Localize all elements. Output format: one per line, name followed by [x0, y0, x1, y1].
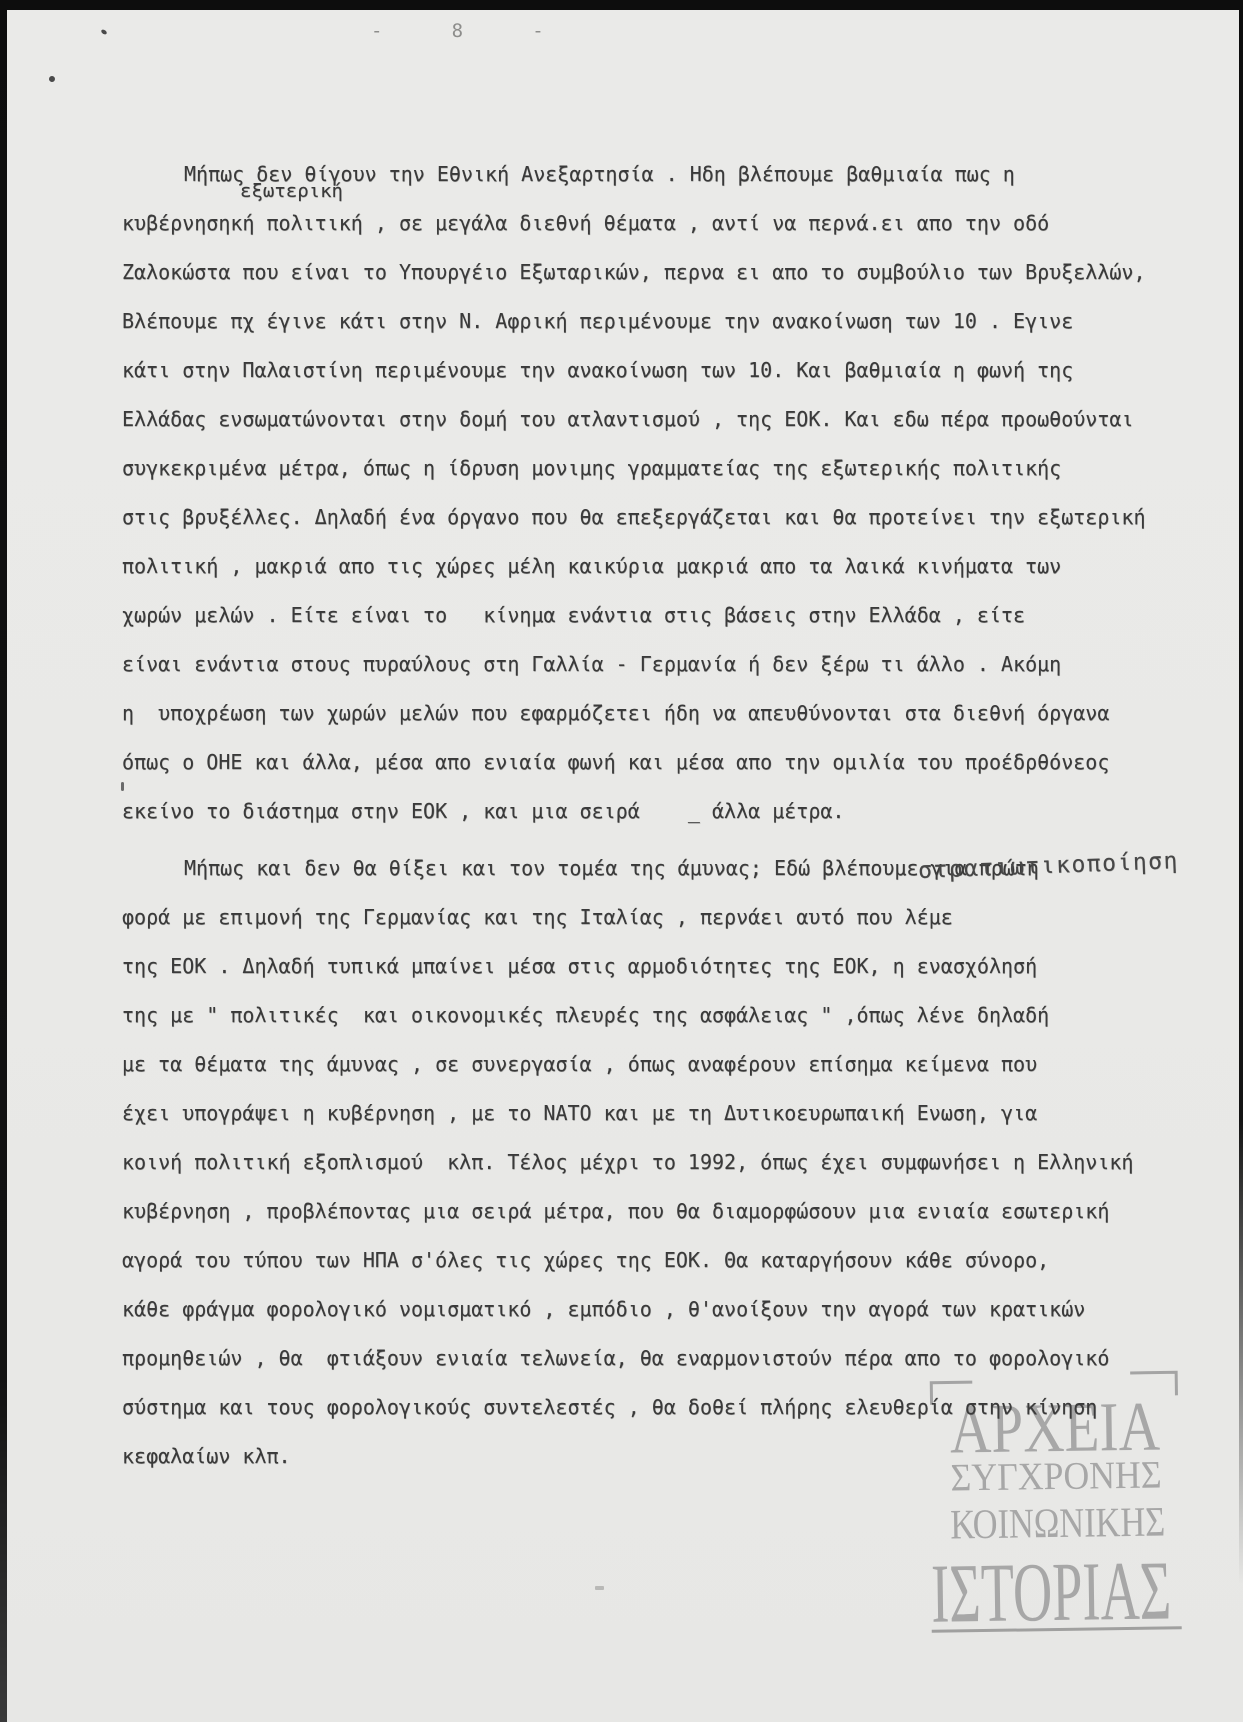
- page-number: - 8 -: [371, 20, 546, 42]
- ink-speck: [121, 782, 124, 791]
- scanned-typewritten-page: { "page": { "number_line": "- 8 -" }, "d…: [0, 0, 1243, 1722]
- text-line: χωρών μελών . Είτε είναι το κίνημα ενάντ…: [122, 591, 1146, 640]
- text-line: Ζαλοκώστα που είναι το Υπουργέιο Εξωταρι…: [122, 248, 1146, 297]
- ink-speck: [100, 29, 107, 36]
- text-line: της με " πολιτικές και οικονομικές πλευρ…: [122, 991, 1146, 1040]
- text-line: κυβέρνηση , προβλέποντας μια σειρά μέτρα…: [122, 1187, 1146, 1236]
- text-line: κυβέρνησηκή πολιτική , σε μεγάλα διεθνή …: [122, 199, 1146, 248]
- typewritten-text: Μήπως δεν θίγουν την Εθνική Ανεξαρτησία …: [122, 150, 1146, 1481]
- text-line: κοινή πολιτική εξοπλισμού κλπ. Τέλος μέχ…: [122, 1138, 1146, 1187]
- text-line: έχει υπογράψει η κυβέρνηση , με το ΝΑΤΟ …: [122, 1089, 1146, 1138]
- text-line: πολιτική , μακριά απο τις χώρες μέλη και…: [122, 542, 1146, 591]
- text-line: εκείνο το διάστημα στην ΕΟΚ , και μια σε…: [122, 787, 1146, 836]
- text-line: με τα θέματα της άμυνας , σε συνεργασία …: [122, 1040, 1146, 1089]
- text-line: συγκεκριμένα μέτρα, όπως η ίδρυση μονιμη…: [122, 444, 1146, 493]
- text-line: είναι ενάντια στους πυραύλους στη Γαλλία…: [122, 640, 1146, 689]
- scan-edge-right: [1239, 0, 1243, 1722]
- text-line: όπως ο ΟΗΕ και άλλα, μέσα απο ενιαία φων…: [122, 738, 1146, 787]
- text-line: κάτι στην Παλαιστίνη περιμένουμε την ανα…: [122, 346, 1146, 395]
- interlinear-insertion-exoteriki: εξωτερική: [240, 182, 343, 201]
- text-line: αγορά του τύπου των ΗΠΑ σ'όλες τις χώρες…: [122, 1236, 1146, 1285]
- text-line: Ελλάδας ενσωματώνονται στην δομή του ατλ…: [122, 395, 1146, 444]
- paragraph-1: Μήπως δεν θίγουν την Εθνική Ανεξαρτησία …: [122, 150, 1146, 836]
- scan-edge-left: [0, 0, 7, 1722]
- ink-speck: [595, 1586, 604, 1590]
- text-line: προμηθειών , θα φτιάξουν ενιαία τελωνεία…: [122, 1334, 1146, 1383]
- scan-edge-top: [0, 0, 1243, 10]
- text-line: στις βρυξέλλες. Δηλαδή ένα όργανο που θα…: [122, 493, 1146, 542]
- text-line: η υποχρέωση των χωρών μελών που εφαρμόζε…: [122, 689, 1146, 738]
- text-line: σύστημα και τους φορολογικούς συντελεστέ…: [122, 1383, 1146, 1432]
- watermark-line-3: ΚΟΙΝΩΝΙΚΗΣ: [950, 1499, 1166, 1548]
- text-line: φορά με επιμονή της Γερμανίας και της Ιτ…: [122, 893, 1146, 942]
- watermark-line-4: ΙΣΤΟΡΙΑΣ: [931, 1544, 1172, 1639]
- paragraph-2: Μήπως και δεν θα θίξει και τον τομέα της…: [122, 844, 1146, 1481]
- text-line: κάθε φράγμα φορολογικό νομισματικό , εμπ…: [122, 1285, 1146, 1334]
- text-line: κεφαλαίων κλπ.: [122, 1432, 1146, 1481]
- ink-speck: [48, 75, 55, 82]
- text-line: της ΕΟΚ . Δηλαδή τυπικά μπαίνει μέσα στι…: [122, 942, 1146, 991]
- text-line: Βλέπουμε πχ έγινε κάτι στην Ν. Αφρική πε…: [122, 297, 1146, 346]
